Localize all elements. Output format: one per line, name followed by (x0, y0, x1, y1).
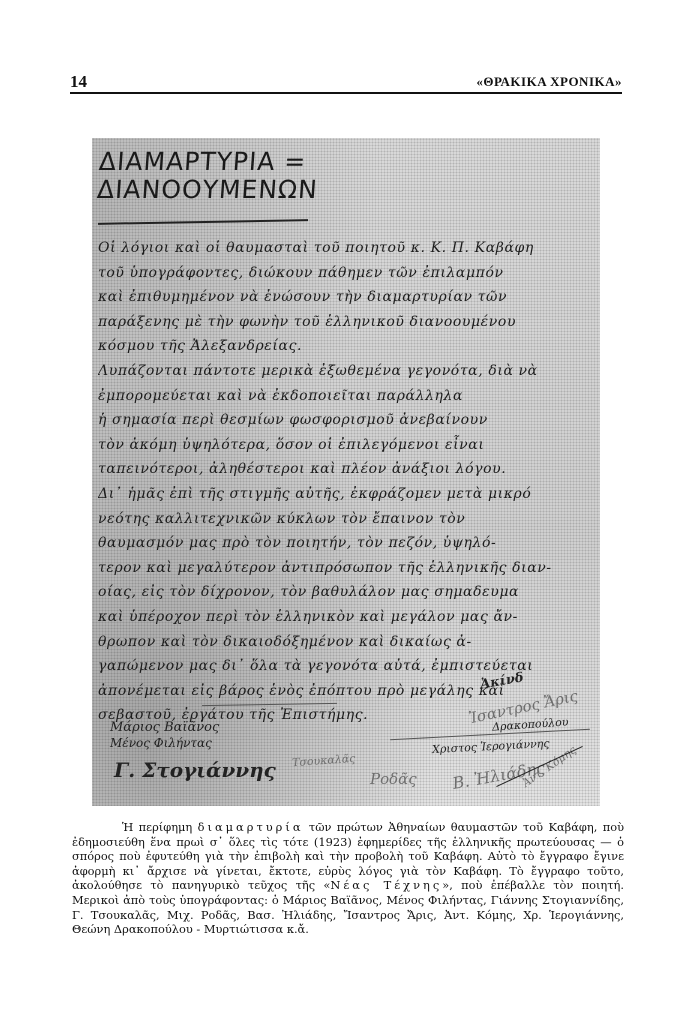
signature: Γ. Στογιάννης (114, 758, 276, 782)
caption-lead: Ἡ περίφημη (122, 820, 198, 834)
manuscript-line: κόσμου τῆς Ἀλεξανδρείας. (98, 334, 590, 359)
signature: Ροδᾶς (370, 770, 417, 788)
manuscript-line: ἡ σημασία περὶ θεσμίων φωσφορισμοῦ ἀνεβα… (98, 408, 590, 433)
figure-caption: Ἡ περίφημη διαμαρτυρία τῶν πρώτων Ἀθηναί… (72, 820, 624, 937)
manuscript-line: τερον καὶ μεγαλύτερον ἀντιπρόσωπον τῆς ἑ… (98, 556, 590, 581)
page-number: 14 (70, 72, 87, 92)
signature: Μένος Φιλήντας (110, 736, 212, 750)
manuscript-title-underline (98, 219, 308, 224)
manuscript-line: τοῦ ὑπογράφοντες, διώκουν πάθημεν τῶν ἐπ… (98, 261, 590, 286)
manuscript-line: Οἱ λόγιοι καὶ οἱ θαυμασταὶ τοῦ ποιητοῦ κ… (98, 236, 590, 261)
manuscript-line: καὶ ἐπιθυμημένον νὰ ἑνώσουν τὴν διαμαρτυ… (98, 285, 590, 310)
manuscript-line: ἐμπορομεύεται καὶ νὰ ἐκδοποιεῖται παράλλ… (98, 384, 590, 409)
running-title: «ΘΡΑΚΙΚΑ ΧΡΟΝΙΚΑ» (476, 74, 622, 90)
manuscript-title-line-2: ΔΙΑΝΟΟΥΜΕΝΩΝ (96, 176, 319, 204)
manuscript-line: θαυμασμόν μας πρὸ τὸν ποιητήν, τὸν πεζόν… (98, 531, 590, 556)
manuscript-line: τὸν ἀκόμη ὑψηλότερα, ὅσον οἱ ἐπιλεγόμενο… (98, 433, 590, 458)
signature-underline (390, 729, 590, 740)
manuscript-facsimile: ΔΙΑΜΑΡΤΥΡΙΑ = ΔΙΑΝΟΟΥΜΕΝΩΝ Οἱ λόγιοι καὶ… (92, 138, 600, 806)
caption-emphasis: διαμαρτυρία (198, 820, 304, 834)
manuscript-line: νεότης καλλιτεχνικῶν κύκλων τὸν ἔπαινον … (98, 507, 590, 532)
manuscript-line: καὶ ὑπέροχον περὶ τὸν ἑλληνικὸν καὶ μεγά… (98, 605, 590, 630)
manuscript-title-line-1: ΔΙΑΜΑΡΤΥΡΙΑ = (98, 148, 321, 176)
manuscript-title: ΔΙΑΜΑΡΤΥΡΙΑ = ΔΙΑΝΟΟΥΜΕΝΩΝ (96, 148, 321, 204)
signature: Τσουκαλᾶς (292, 752, 356, 769)
manuscript-line: Λυπάζονται πάντοτε μερικὰ ἐξωθεμένα γεγο… (98, 359, 590, 384)
caption-journal: Νέας Τέχνης (330, 878, 442, 892)
manuscript-line: οίας, εἰς τὸν δίχρονον, τὸν βαθυλάλον μα… (98, 580, 590, 605)
signature: Μάριος Βαϊᾶνος (110, 720, 219, 735)
page-header: 14 «ΘΡΑΚΙΚΑ ΧΡΟΝΙΚΑ» (70, 70, 622, 92)
manuscript-body: Οἱ λόγιοι καὶ οἱ θαυμασταὶ τοῦ ποιητοῦ κ… (98, 236, 590, 728)
manuscript-line: παράξενης μὲ τὴν φωνὴν τοῦ ἑλληνικοῦ δια… (98, 310, 590, 335)
manuscript-line: ταπεινότεροι, ἀληθέστεροι καὶ πλέον ἀνάξ… (98, 457, 590, 482)
manuscript-line: Δι᾽ ἡμᾶς ἐπὶ τῆς στιγμῆς αὐτῆς, ἐκφράζομ… (98, 482, 590, 507)
signature: Χριστος Ἱερογιάννης (432, 737, 550, 756)
header-rule (70, 92, 622, 94)
manuscript-line: θρωπον καὶ τὸν δικαιοδόξημένον καὶ δικαί… (98, 630, 590, 655)
